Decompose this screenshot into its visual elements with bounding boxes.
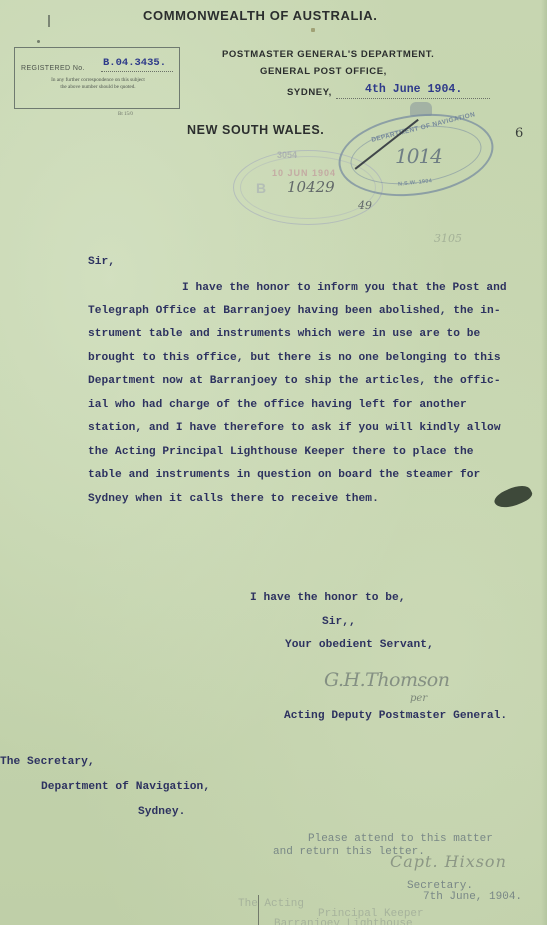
received-stamp-year: 3054 <box>277 150 297 160</box>
body-line: I have the honor to inform you that the … <box>182 282 507 294</box>
body-line: the Acting Principal Lighthouse Keeper t… <box>88 446 474 458</box>
body-line: Department now at Barranjoey to ship the… <box>88 375 501 387</box>
letterhead-department: POSTMASTER GENERAL'S DEPARTMENT. <box>222 49 434 60</box>
body-line: Telegraph Office at Barranjoey having be… <box>88 305 501 317</box>
registration-dotted-line <box>101 71 173 72</box>
body-line: strument table and instruments which wer… <box>88 328 480 340</box>
body-line: ial who had charge of the office having … <box>88 399 467 411</box>
paper-speck <box>311 28 315 32</box>
pin-hole-dot <box>37 40 40 43</box>
body-line: table and instruments in question on boa… <box>88 469 480 481</box>
minute-faint-line3: Barranjoey Lighthouse <box>274 918 413 925</box>
registration-note: In any further correspondence on this su… <box>19 77 177 91</box>
minute-signature: Capt. Hixson <box>390 852 507 871</box>
body-line: station, and I have therefore to ask if … <box>88 422 501 434</box>
minute-date: 7th June, 1904. <box>423 891 522 903</box>
registration-number: B.04.3435. <box>103 57 166 69</box>
received-stamp-date: 10 JUN 1904 <box>272 168 336 178</box>
received-stamp-letter: B <box>256 180 268 196</box>
letterhead-office: GENERAL POST OFFICE, <box>260 66 387 77</box>
minute-faint-line1: The Acting <box>238 898 304 910</box>
letterhead-city: SYDNEY, <box>287 87 332 98</box>
minute-line1: Please attend to this matter <box>308 833 493 845</box>
closing-line: Sir,, <box>322 616 356 628</box>
navigation-stamp-handwritten: 1014 <box>395 144 442 168</box>
signature-per: per <box>410 693 427 704</box>
salutation: Sir, <box>88 256 115 268</box>
pencil-bracket <box>258 895 264 925</box>
addressee-line3: Sydney. <box>138 806 185 818</box>
registration-box: REGISTERED No. B.04.3435. In any further… <box>14 47 180 109</box>
body-line: Sydney when it calls there to receive th… <box>88 493 379 505</box>
signatory-title: Acting Deputy Postmaster General. <box>284 710 507 722</box>
registration-label: REGISTERED No. <box>21 65 85 72</box>
handwritten-signature: G.H.Thomson <box>324 669 449 691</box>
pencil-note: 3105 <box>434 232 462 245</box>
addressee-line1: The Secretary, <box>0 756 95 768</box>
pin-hole-mark <box>48 15 50 27</box>
letter-date: 4th June 1904. <box>365 83 462 96</box>
closing-line: Your obedient Servant, <box>285 639 434 651</box>
form-code: Bt 15/0 <box>118 112 133 117</box>
ink-blot <box>492 481 534 513</box>
folio-number: 6 <box>515 126 523 141</box>
addressee-line2: Department of Navigation, <box>41 781 210 793</box>
body-line: brought to this office, but there is no … <box>88 352 501 364</box>
handwritten-number: 10429 <box>287 178 335 196</box>
page-edge-shadow <box>541 0 547 925</box>
registration-note-line2: the above number should be quoted. <box>19 84 177 91</box>
handwritten-suffix: 49 <box>358 199 372 212</box>
date-dotted-line <box>336 98 490 99</box>
letter-page: COMMONWEALTH OF AUSTRALIA. POSTMASTER GE… <box>0 0 547 925</box>
letterhead-state: NEW SOUTH WALES. <box>187 123 324 137</box>
closing-line: I have the honor to be, <box>250 592 406 604</box>
letterhead-title: COMMONWEALTH OF AUSTRALIA. <box>143 8 377 23</box>
registration-note-line1: In any further correspondence on this su… <box>19 77 177 84</box>
